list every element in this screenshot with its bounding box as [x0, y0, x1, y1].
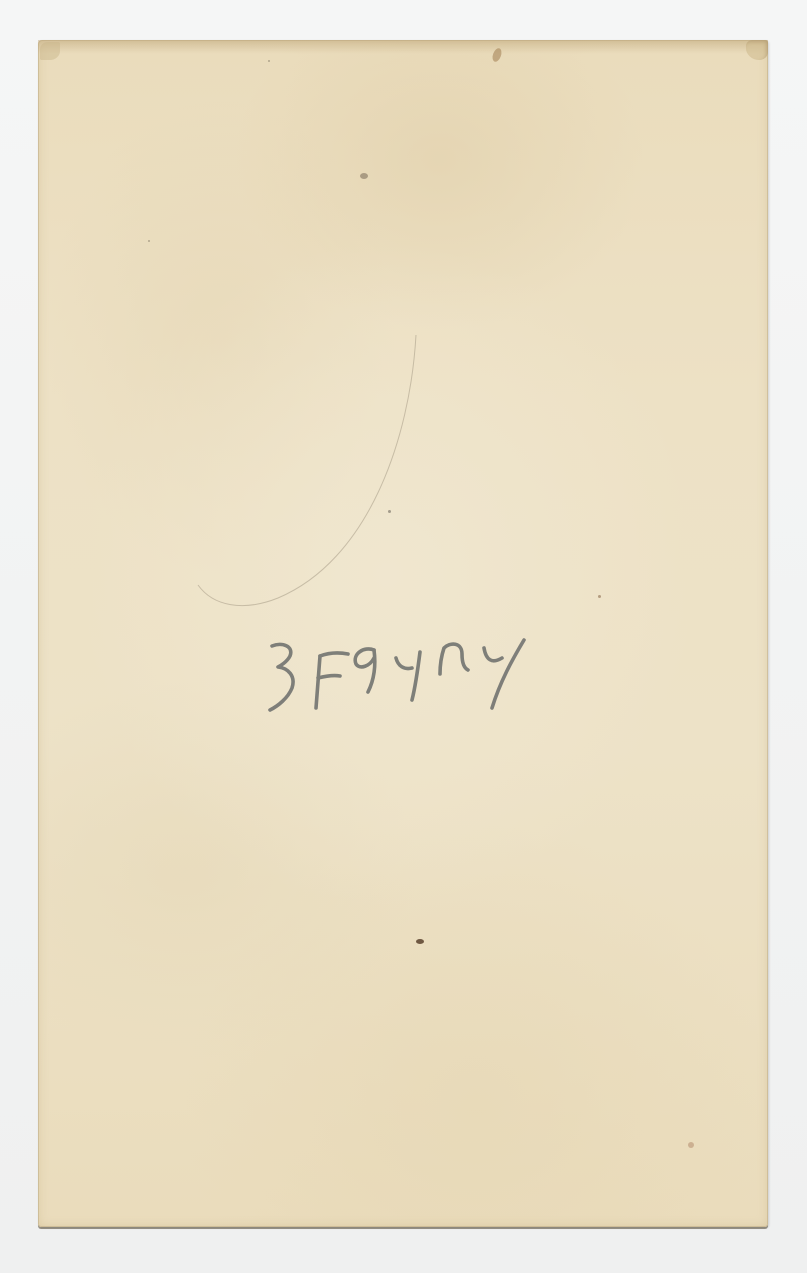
- pencil-inscription: [256, 620, 546, 720]
- dust-speck: [148, 240, 150, 242]
- stain-spot: [688, 1142, 694, 1148]
- top-edge-wear: [38, 40, 768, 54]
- stain-spot: [360, 173, 368, 179]
- worn-corner-top-left: [40, 42, 60, 60]
- stain-spot: [416, 939, 424, 944]
- photo-card-back: 3F94RY: [38, 40, 768, 1227]
- folded-corner-top-right: [746, 40, 768, 60]
- dust-speck: [598, 595, 601, 598]
- dust-speck: [268, 60, 270, 62]
- dust-speck: [388, 510, 391, 513]
